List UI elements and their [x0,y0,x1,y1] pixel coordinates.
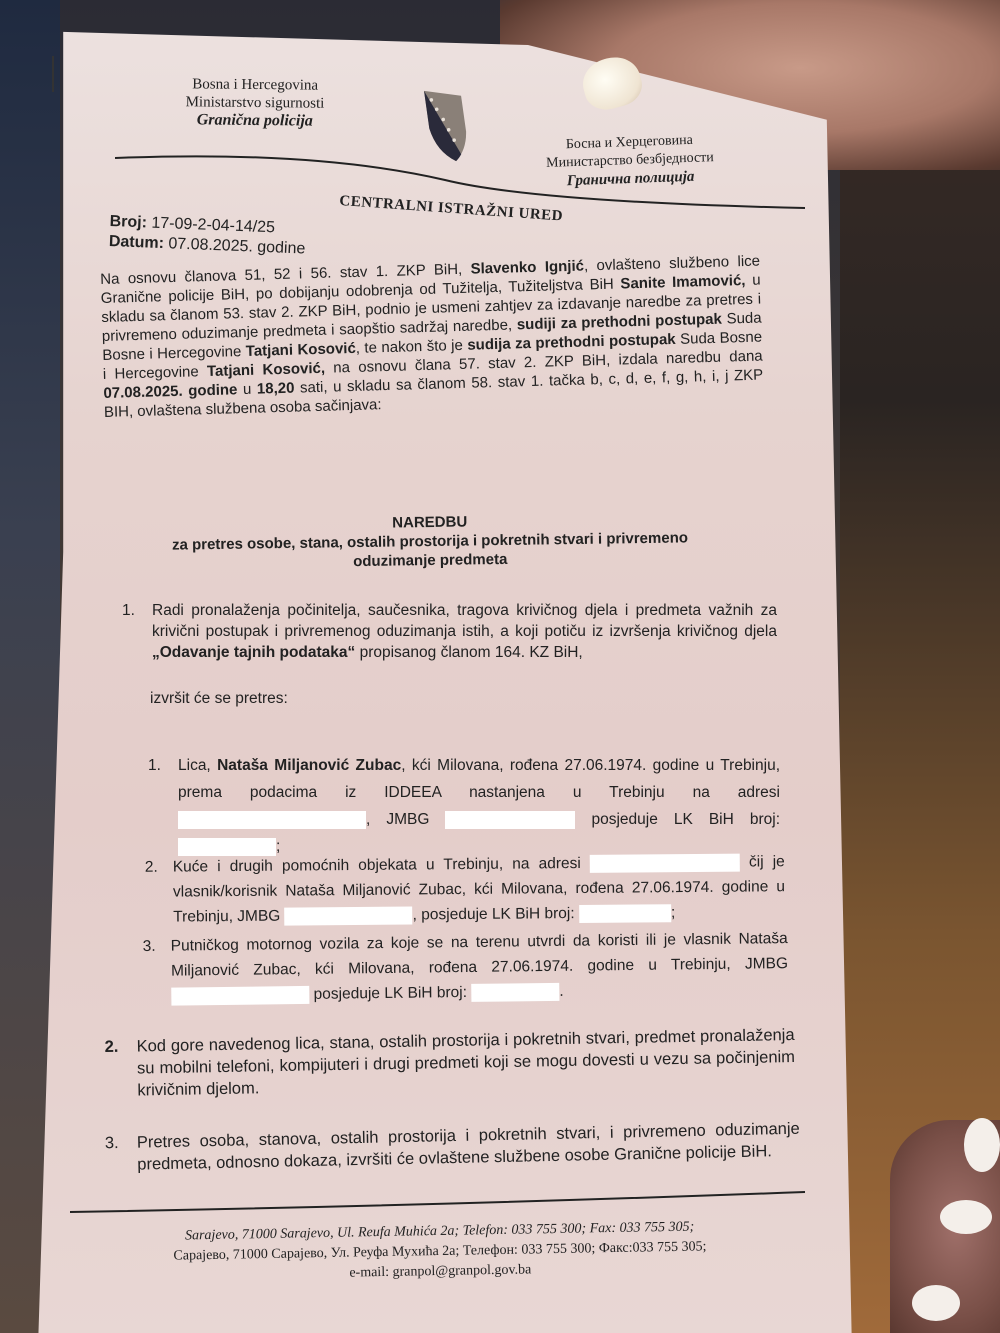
redacted-id-number [471,983,559,1002]
search-lead: izvršit će se pretres: [150,688,777,709]
search-item-2: 2. Kuće i drugih pomoćnih objekata u Tre… [145,849,786,930]
redacted-jmbg [285,906,413,925]
footer-contact: Sarajevo, 71000 Sarajevo, Ul. Reufa Muhi… [100,1216,781,1288]
header-country: Bosna i Hercegovina [165,75,345,95]
search-item-3: 3. Putničkog motornog vozila za koje se … [143,926,789,1009]
intro-paragraph: Na osnovu članova 51, 52 i 56. stav 1. Z… [100,252,764,422]
section-1: 1. Radi pronalaženja počinitelja, saučes… [122,600,777,709]
judge-name: Tatjani Kosović [246,340,356,360]
document-content: Bosna i Hercegovina Ministarstvo sigurno… [0,0,1000,1333]
section-1-text: Radi pronalaženja počinitelja, saučesnik… [152,600,777,663]
section-number: 2. [104,1036,118,1058]
section-2-text: Kod gore navedenog lica, stana, ostalih … [136,1024,795,1101]
search-item-1: 1. Lica, Nataša Miljanović Zubac, kći Mi… [148,752,780,860]
section-2: 2. Kod gore navedenog lica, stana, ostal… [104,1024,795,1102]
section-3: 3. Pretres osoba, stanova, ostalih prost… [105,1118,801,1177]
redacted-address [178,811,366,829]
officer-name: Slavenko Ignjić [470,257,584,277]
section-3-text: Pretres osoba, stanova, ostalih prostori… [137,1118,801,1176]
header-latin: Bosna i Hercegovina Ministarstvo sigurno… [165,75,346,131]
redacted-id-number [579,904,671,923]
subject-name: Nataša Miljanović Zubac [217,757,401,774]
redacted-address [590,854,740,873]
order-date: 07.08.2025. godine [103,381,237,402]
redacted-jmbg [171,986,309,1006]
header-agency: Granična policija [165,111,345,131]
broj-value: 17-09-2-04-14/25 [151,215,275,237]
broj-label: Broj: [109,213,147,231]
header-ministry: Ministarstvo sigurnosti [165,93,345,113]
offense-name: „Odavanje tajnih podataka“ [152,644,355,661]
prosecutor-name: Sanite Imamović, [620,272,746,292]
margin-mark [52,56,54,92]
order-time: 18,20 [257,380,295,398]
document-title: NAREDBU za pretres osobe, stana, ostalih… [110,509,751,575]
document-meta: Broj: 17-09-2-04-14/25 Datum: 07.08.2025… [108,212,306,260]
datum-label: Datum: [109,233,165,252]
section-number: 3. [105,1132,119,1154]
redacted-jmbg [445,811,575,829]
datum-value: 07.08.2025. godine [168,235,306,257]
section-number: 1. [122,600,135,621]
footer-divider [70,1190,805,1220]
